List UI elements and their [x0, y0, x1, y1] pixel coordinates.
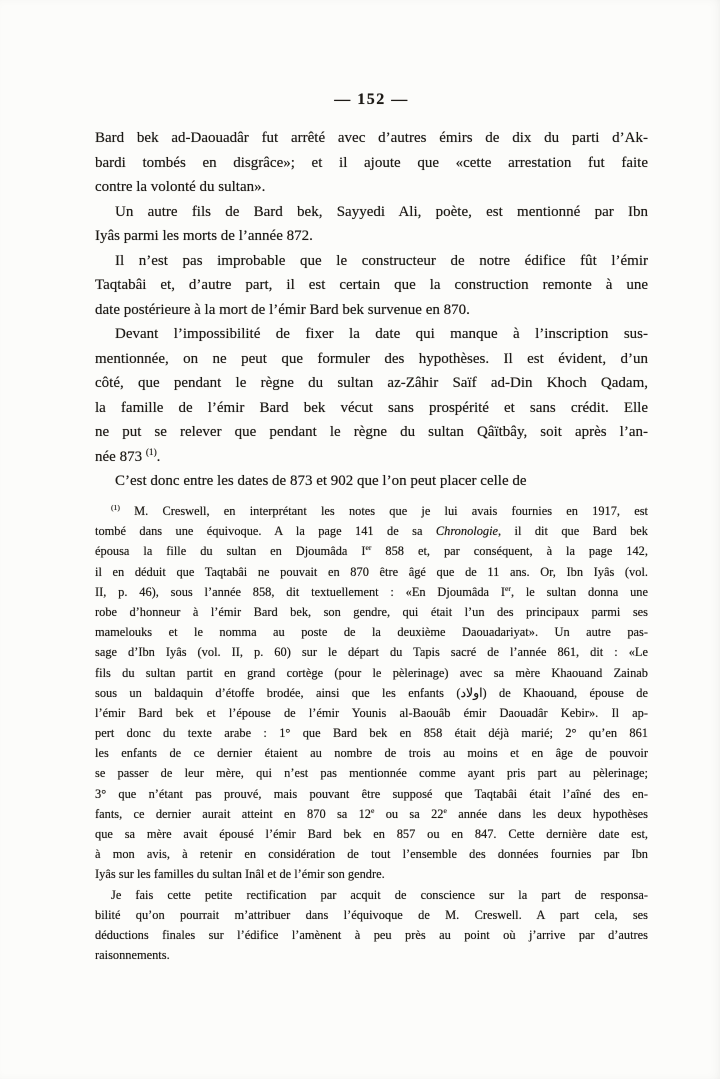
text-line: déductions finales sur l’édifice l’amène… — [95, 925, 648, 945]
text-line: ne put se relever que pendant le règne d… — [95, 420, 648, 445]
text-line: 3° que n’étant pas prouvé, mais pouvant … — [95, 784, 648, 804]
text-line: Il n’est pas improbable que le construct… — [95, 249, 648, 274]
main-text: Bard bek ad-Daouadâr fut arrêté avec d’a… — [95, 126, 648, 494]
text-line: se passer de leur mère, qui n’est pas me… — [95, 763, 648, 783]
text-line: il en déduit que Taqtabâi ne pouvait en … — [95, 562, 648, 582]
paragraph: Il n’est pas improbable que le construct… — [95, 249, 648, 323]
text-line: côté, que pendant le règne du sultan az-… — [95, 371, 648, 396]
text-line: Taqtabâi et, d’autre part, il est certai… — [95, 273, 648, 298]
paragraph: Je fais cette petite rectification par a… — [95, 885, 648, 966]
text-line: fils du sultan partit en grand cortège (… — [95, 663, 648, 683]
text-line: sage d’Ibn Iyâs (vol. II, p. 60) sur le … — [95, 642, 648, 662]
text-line: tombé dans une équivoque. A la page 141 … — [95, 521, 648, 541]
text-line: mamelouks et le nomma au poste de la deu… — [95, 622, 648, 642]
text-line: Je fais cette petite rectification par a… — [95, 885, 648, 905]
paragraph: (1) M. Creswell, en interprétant les not… — [95, 501, 648, 885]
text-line: que sa mère avait épousé l’émir Bard bek… — [95, 824, 648, 844]
text-line: (1) M. Creswell, en interprétant les not… — [95, 501, 648, 521]
text-line: l’émir Bard bek et l’épouse de l’émir Yo… — [95, 703, 648, 723]
text-line: Iyâs parmi les morts de l’année 872. — [95, 224, 648, 249]
text-line: épousa la fille du sultan en Djoumâda Ie… — [95, 541, 648, 561]
text-line: contre la volonté du sultan». — [95, 175, 648, 200]
text-line: Un autre fils de Bard bek, Sayyedi Ali, … — [95, 200, 648, 225]
paragraph: Devant l’impossibilité de fixer la date … — [95, 322, 648, 469]
page-number: — 152 — — [95, 91, 648, 109]
text-line: date postérieure à la mort de l’émir Bar… — [95, 298, 648, 323]
text-line: II, p. 46), sous l’année 858, dit textue… — [95, 582, 648, 602]
text-line: la famille de l’émir Bard bek vécut sans… — [95, 396, 648, 421]
text-line: robe d’honneur à l’émir Bard bek, son ge… — [95, 602, 648, 622]
footnote-text: (1) M. Creswell, en interprétant les not… — [95, 501, 648, 965]
text-line: née 873 (1). — [95, 445, 648, 470]
paragraph: C’est donc entre les dates de 873 et 902… — [95, 469, 648, 494]
text-line: les enfants de ce dernier étaient au nom… — [95, 743, 648, 763]
text-line: Devant l’impossibilité de fixer la date … — [95, 322, 648, 347]
text-line: à mon avis, à retenir en considération d… — [95, 844, 648, 864]
text-line: Bard bek ad-Daouadâr fut arrêté avec d’a… — [95, 126, 648, 151]
paragraph: Bard bek ad-Daouadâr fut arrêté avec d’a… — [95, 126, 648, 200]
text-line: raisonnements. — [95, 945, 648, 965]
text-line: fants, ce dernier aurait atteint en 870 … — [95, 804, 648, 824]
paragraph: Un autre fils de Bard bek, Sayyedi Ali, … — [95, 200, 648, 249]
text-line: pert donc du texte arabe : 1° que Bard b… — [95, 723, 648, 743]
text-line: C’est donc entre les dates de 873 et 902… — [95, 469, 648, 494]
text-line: mentionnée, on ne peut que formuler des … — [95, 347, 648, 372]
text-line: bilité qu’on pourrait m’attribuer dans l… — [95, 905, 648, 925]
text-line: bardi tombés en disgrâce»; et il ajoute … — [95, 151, 648, 176]
book-page: — 152 — Bard bek ad-Daouadâr fut arrêté … — [0, 0, 720, 1079]
text-line: sous un baldaquin d’étoffe brodée, ainsi… — [95, 683, 648, 703]
text-line: Iyâs sur les familles du sultan Inâl et … — [95, 864, 648, 884]
